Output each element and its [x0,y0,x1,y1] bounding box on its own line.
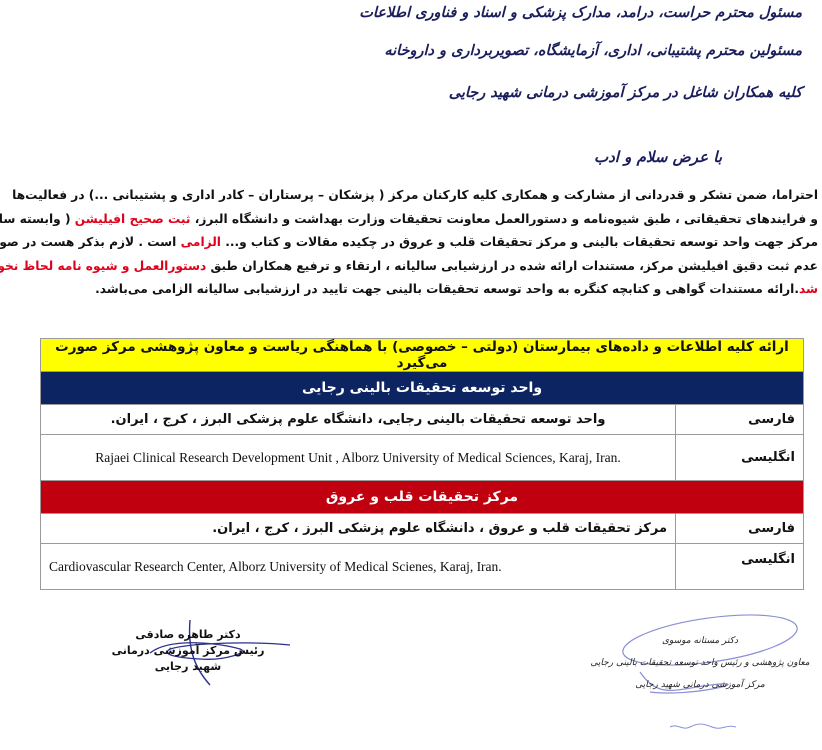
greeting: با عرض سلام و ادب [594,148,722,166]
emphasis-will-not: شد [799,282,818,296]
body-text-segment: ( وابسته سازمانی) [0,212,75,226]
signer-name-left: دکتر طاهره صادقی [98,627,278,643]
body-line-5: شد.ارائه مستندات گواهی و کتابچه کنگره به… [120,278,818,302]
row-label-english: انگلیسی [676,544,804,590]
table-row: فارسی واحد توسعه تحقیقات بالینی رجایی، د… [41,405,804,435]
affiliation-table: ارائه کلیه اطلاعات و داده‌های بیمارستان … [40,338,804,590]
signer-name-right: دکتر مستانه موسوی [590,630,810,652]
salutation-line-2: مسئولین محترم پشتیبانی، اداری، آزمایشگاه… [384,42,802,59]
table-row: فارسی مرکز تحقیقات قلب و عروق ، دانشگاه … [41,514,804,544]
section-title-clinical-research-unit: واحد توسعه تحقیقات بالینی رجایی [41,372,804,405]
salutation-line-1: مسئول محترم حراست، درامد، مدارک پزشکی و … [359,4,802,21]
section-header-row: مرکز تحقیقات قلب و عروق [41,481,804,514]
body-line-3: مرکز جهت واحد توسعه تحقیقات بالینی و مرک… [120,231,818,255]
section-title-cardiovascular-center: مرکز تحقیقات قلب و عروق [41,481,804,514]
affiliation-farsi-value: مرکز تحقیقات قلب و عروق ، دانشگاه علوم پ… [41,514,676,544]
body-text-segment: .ارائه مستندات گواهی و کتابچه کنگره به و… [95,282,799,296]
row-label-farsi: فارسی [676,405,804,435]
table-banner: ارائه کلیه اطلاعات و داده‌های بیمارستان … [41,339,804,372]
signature-block-right: دکتر مستانه موسوی معاون پژوهشی و رئیس وا… [590,630,810,696]
table-row: انگلیسی Cardiovascular Research Center, … [41,544,804,590]
body-text-segment: و فرایندهای تحقیقاتی ، طبق شیوه‌نامه و د… [190,212,818,226]
body-line-4: عدم ثبت دقیق افیلیشن مرکز، مستندات ارائه… [120,255,818,279]
row-label-english: انگلیسی [676,435,804,481]
body-text-segment: است . لازم بذکر هست در صورت [0,235,181,249]
body-text-segment: مرکز جهت واحد توسعه تحقیقات بالینی و مرک… [221,235,818,249]
signer-title-right-1: معاون پژوهشی و رئیس واحد توسعه تحقیقات ب… [590,652,810,674]
affiliation-english-value: Cardiovascular Research Center, Alborz U… [41,544,676,590]
emphasis-mandatory: الزامی [181,235,221,249]
salutation-line-3: کلیه همکاران شاغل در مرکز آموزشی درمانی … [449,84,802,101]
body-line-1: احتراما، ضمن تشکر و قدردانی از مشارکت و … [120,184,818,208]
emphasis-affiliation: ثبت صحیح افیلیشن [75,212,191,226]
section-header-row: واحد توسعه تحقیقات بالینی رجایی [41,372,804,405]
affiliation-farsi-value: واحد توسعه تحقیقات بالینی رجایی، دانشگاه… [41,405,676,435]
letter-body: احتراما، ضمن تشکر و قدردانی از مشارکت و … [120,184,818,302]
emphasis-not-considered: دستورالعمل و شیوه نامه لحاظ نخواهد [0,259,206,273]
table-banner-row: ارائه کلیه اطلاعات و داده‌های بیمارستان … [41,339,804,372]
row-label-farsi: فارسی [676,514,804,544]
table-row: انگلیسی Rajaei Clinical Research Develop… [41,435,804,481]
signer-title-right-2: مرکز آموزشی درمانی شهید رجایی [590,674,810,696]
signature-block-left: دکتر طاهره صادقی رئیس مرکز آموزشی درمانی… [98,627,278,675]
body-text-segment: عدم ثبت دقیق افیلیشن مرکز، مستندات ارائه… [206,259,818,273]
signer-title-left: رئیس مرکز آموزشی درمانی شهید رجایی [98,643,278,675]
affiliation-english-value: Rajaei Clinical Research Development Uni… [41,435,676,481]
body-line-2: و فرایندهای تحقیقاتی ، طبق شیوه‌نامه و د… [120,208,818,232]
body-text-segment: احتراما، ضمن تشکر و قدردانی از مشارکت و … [12,188,818,202]
